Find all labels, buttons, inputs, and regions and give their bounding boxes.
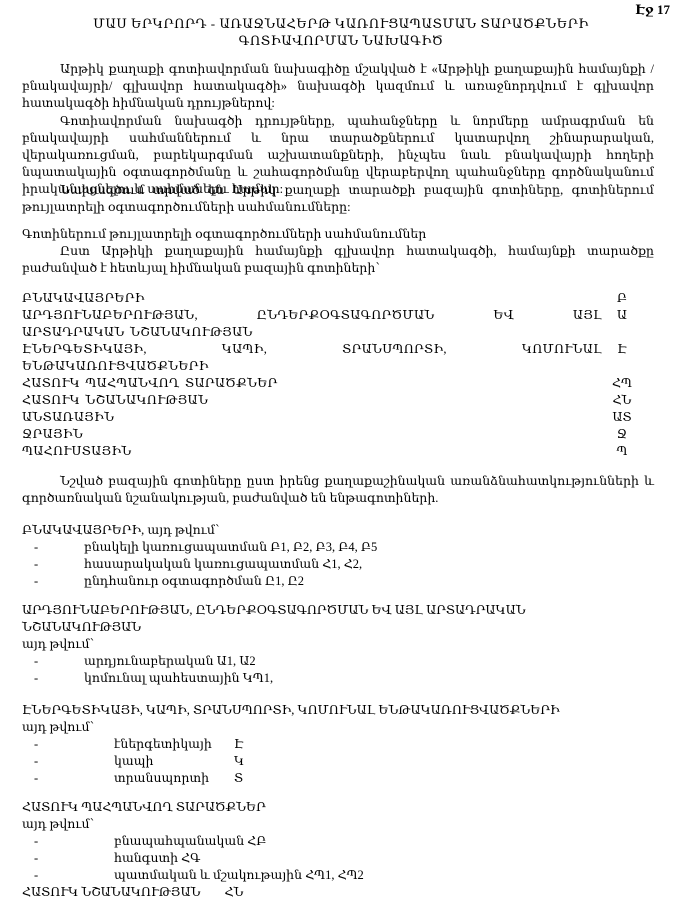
section-subheading: Գոտիներում թույլատրելի օգտագործումների ս…	[22, 226, 654, 243]
list-item: -բնապահպանական ՀԲ	[22, 833, 654, 850]
section-industrial: ԱՐԴՅՈՒՆԱԲԵՐՈՒԹՅԱՆ, ԸՆԴԵՐՔՕԳՏԱԳՈՐԾՄԱՆ ԵՎ …	[22, 602, 654, 687]
zone-row: ԱՐՏԱԴՐԱԿԱՆ ՆՇԱՆԱԿՈՒԹՅԱՆ	[22, 324, 642, 341]
subzones-intro: Նշված բազային գոտիները ըստ իրենց քաղաքաշ…	[22, 473, 654, 507]
list-item: -հասարակական կառուցապատման Հ1, Հ2,	[22, 556, 654, 573]
list-item: -ընդհանուր օգտագործման Ը1, Ը2	[22, 573, 654, 590]
zone-row: ՋՐԱՅԻՆՋ	[22, 426, 642, 443]
section-residential: ԲՆԱԿԱՎԱՅՐԵՐԻ, այդ թվում՝ -բնակելի կառուց…	[22, 522, 654, 590]
zone-row: ԵՆԹԱԿԱՌՈՒՑՎԱԾՔՆԵՐԻ	[22, 358, 642, 375]
zones-table: ԲՆԱԿԱՎԱՅՐԵՐԻԲ ԱՐԴՅՈՒՆԱԲԵՐՈՒԹՅԱՆ, ԸՆԴԵՐՔՕ…	[22, 290, 642, 460]
section-heading: ԲՆԱԿԱՎԱՅՐԵՐԻ, այդ թվում՝	[22, 522, 654, 539]
zone-row: ՊԱՀՈՒՍՏԱՅԻՆՊ	[22, 443, 642, 460]
section-sub: այդ թվում՝	[22, 816, 654, 833]
section-heading-cont: ՆՇԱՆԱԿՈՒԹՅԱՆ	[22, 619, 654, 636]
zone-row: ԷՆԵՐԳԵՏԻԿԱՅԻ, ԿԱՊԻ, ՏՐԱՆՍՊՈՐՏԻ, ԿՈՄՈՒՆԱԼ…	[22, 341, 642, 358]
section-heading: ԱՐԴՅՈՒՆԱԲԵՐՈՒԹՅԱՆ, ԸՆԴԵՐՔՕԳՏԱԳՈՐԾՄԱՆ ԵՎ …	[22, 602, 654, 619]
section-sub: այդ թվում՝	[22, 636, 654, 653]
list-item: -կոմունալ պահեստային ԿՊ1,	[22, 670, 654, 687]
list-item: -էներգետիկայիԷ	[22, 736, 654, 753]
paragraph-3: Նախագծում տրված են Արթիկ քաղաքի տարածքի …	[22, 182, 654, 216]
special-purpose-heading: ՀԱՏՈՒԿ ՆՇԱՆԱԿՈՒԹՅԱՆՀՆ	[22, 884, 654, 900]
zone-row: ԲՆԱԿԱՎԱՅՐԵՐԻԲ	[22, 290, 642, 307]
zone-row: ԱՐԴՅՈՒՆԱԲԵՐՈՒԹՅԱՆ, ԸՆԴԵՐՔՕԳՏԱԳՈՐԾՄԱՆ ԵՎ …	[22, 307, 642, 324]
document-title: ՄԱՍ ԵՐԿՐՈՐԴ - ԱՌԱՋՆԱՀԵՐԹ ԿԱՌՈՒՑԱՊԱՏՄԱՆ Տ…	[0, 15, 682, 49]
section-energy: ԷՆԵՐԳԵՏԻԿԱՅԻ, ԿԱՊԻ, ՏՐԱՆՍՊՈՐՏԻ, ԿՈՄՈՒՆԱԼ…	[22, 702, 654, 787]
section-protected: ՀԱՏՈՒԿ ՊԱՀՊԱՆՎՈՂ ՏԱՐԱԾՔՆԵՐ այդ թվում՝ -բ…	[22, 799, 654, 900]
list-item: -հանգստի ՀԳ	[22, 850, 654, 867]
section-sub: այդ թվում՝	[22, 719, 654, 736]
zones-intro: Ըստ Արթիկի քաղաքային համայնքի գլխավոր հա…	[22, 243, 654, 277]
list-item: -կապիԿ	[22, 753, 654, 770]
zone-row: ՀԱՏՈՒԿ ՊԱՀՊԱՆՎՈՂ ՏԱՐԱԾՔՆԵՐՀՊ	[22, 375, 642, 392]
zone-row: ՀԱՏՈՒԿ ՆՇԱՆԱԿՈՒԹՅԱՆՀՆ	[22, 392, 642, 409]
list-item: -պատմական և մշակութային ՀՊ1, ՀՊ2	[22, 867, 654, 884]
section-heading: ՀԱՏՈՒԿ ՊԱՀՊԱՆՎՈՂ ՏԱՐԱԾՔՆԵՐ	[22, 799, 654, 816]
zone-row: ԱՆՏԱՌԱՅԻՆԱՏ	[22, 409, 642, 426]
paragraph-1: Արթիկ քաղաքի գոտիավորման նախագիծը մշակվա…	[22, 61, 654, 112]
title-line-2: ԳՈՏԻԱՎՈՐՄԱՆ ՆԱԽԱԳԻԾ	[0, 32, 682, 49]
list-item: -բնակելի կառուցապատման Բ1, Բ2, Բ3, Բ4, Բ…	[22, 539, 654, 556]
list-item: -արդյունաբերական Ա1, Ա2	[22, 653, 654, 670]
list-item: -տրանսպորտիՏ	[22, 770, 654, 787]
section-heading: ԷՆԵՐԳԵՏԻԿԱՅԻ, ԿԱՊԻ, ՏՐԱՆՍՊՈՐՏԻ, ԿՈՄՈՒՆԱԼ…	[22, 702, 654, 719]
title-line-1: ՄԱՍ ԵՐԿՐՈՐԴ - ԱՌԱՋՆԱՀԵՐԹ ԿԱՌՈՒՑԱՊԱՏՄԱՆ Տ…	[0, 15, 682, 32]
